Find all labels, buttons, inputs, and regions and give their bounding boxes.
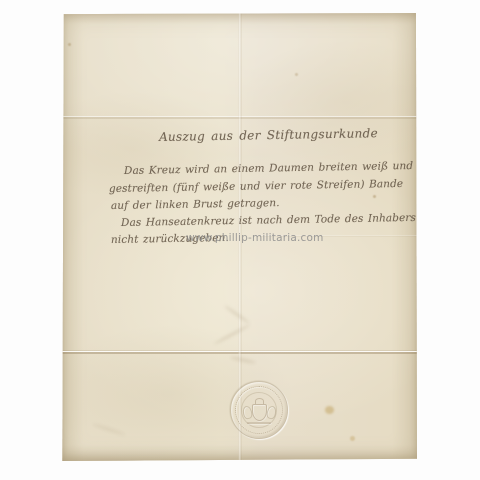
body-line-1: Das Kreuz wird an einem Daumen breiten w… [124, 160, 434, 177]
dealer-watermark: www.phillip-militaria.com [186, 232, 324, 244]
embossed-seal [230, 381, 288, 439]
body-line-2: gestreiften (fünf weiße und vier rote St… [109, 178, 403, 195]
body-line-4: Das Hanseatenkreuz ist nach dem Tode des… [121, 212, 416, 229]
crumple-mark [214, 324, 251, 345]
foxing-stain [295, 73, 298, 76]
seal-base-line [247, 422, 271, 424]
paper-sheet: Auszug aus der Stiftungsurkunde Das Kreu… [62, 13, 417, 461]
foxing-stain [373, 195, 376, 198]
fold-crease-horizontal-top [62, 116, 417, 120]
document-heading: Auszug aus der Stiftungsurkunde [159, 126, 378, 144]
crumple-mark [92, 423, 125, 436]
foxing-stain [325, 406, 334, 414]
crumple-mark [224, 305, 250, 325]
crumple-mark [230, 355, 256, 364]
fold-crease-horizontal-bottom [62, 350, 417, 355]
foxing-stain [350, 436, 355, 441]
body-line-3: auf der linken Brust getragen. [111, 197, 280, 212]
document-photo: Auszug aus der Stiftungsurkunde Das Kreu… [0, 0, 480, 480]
foxing-stain [68, 43, 71, 46]
